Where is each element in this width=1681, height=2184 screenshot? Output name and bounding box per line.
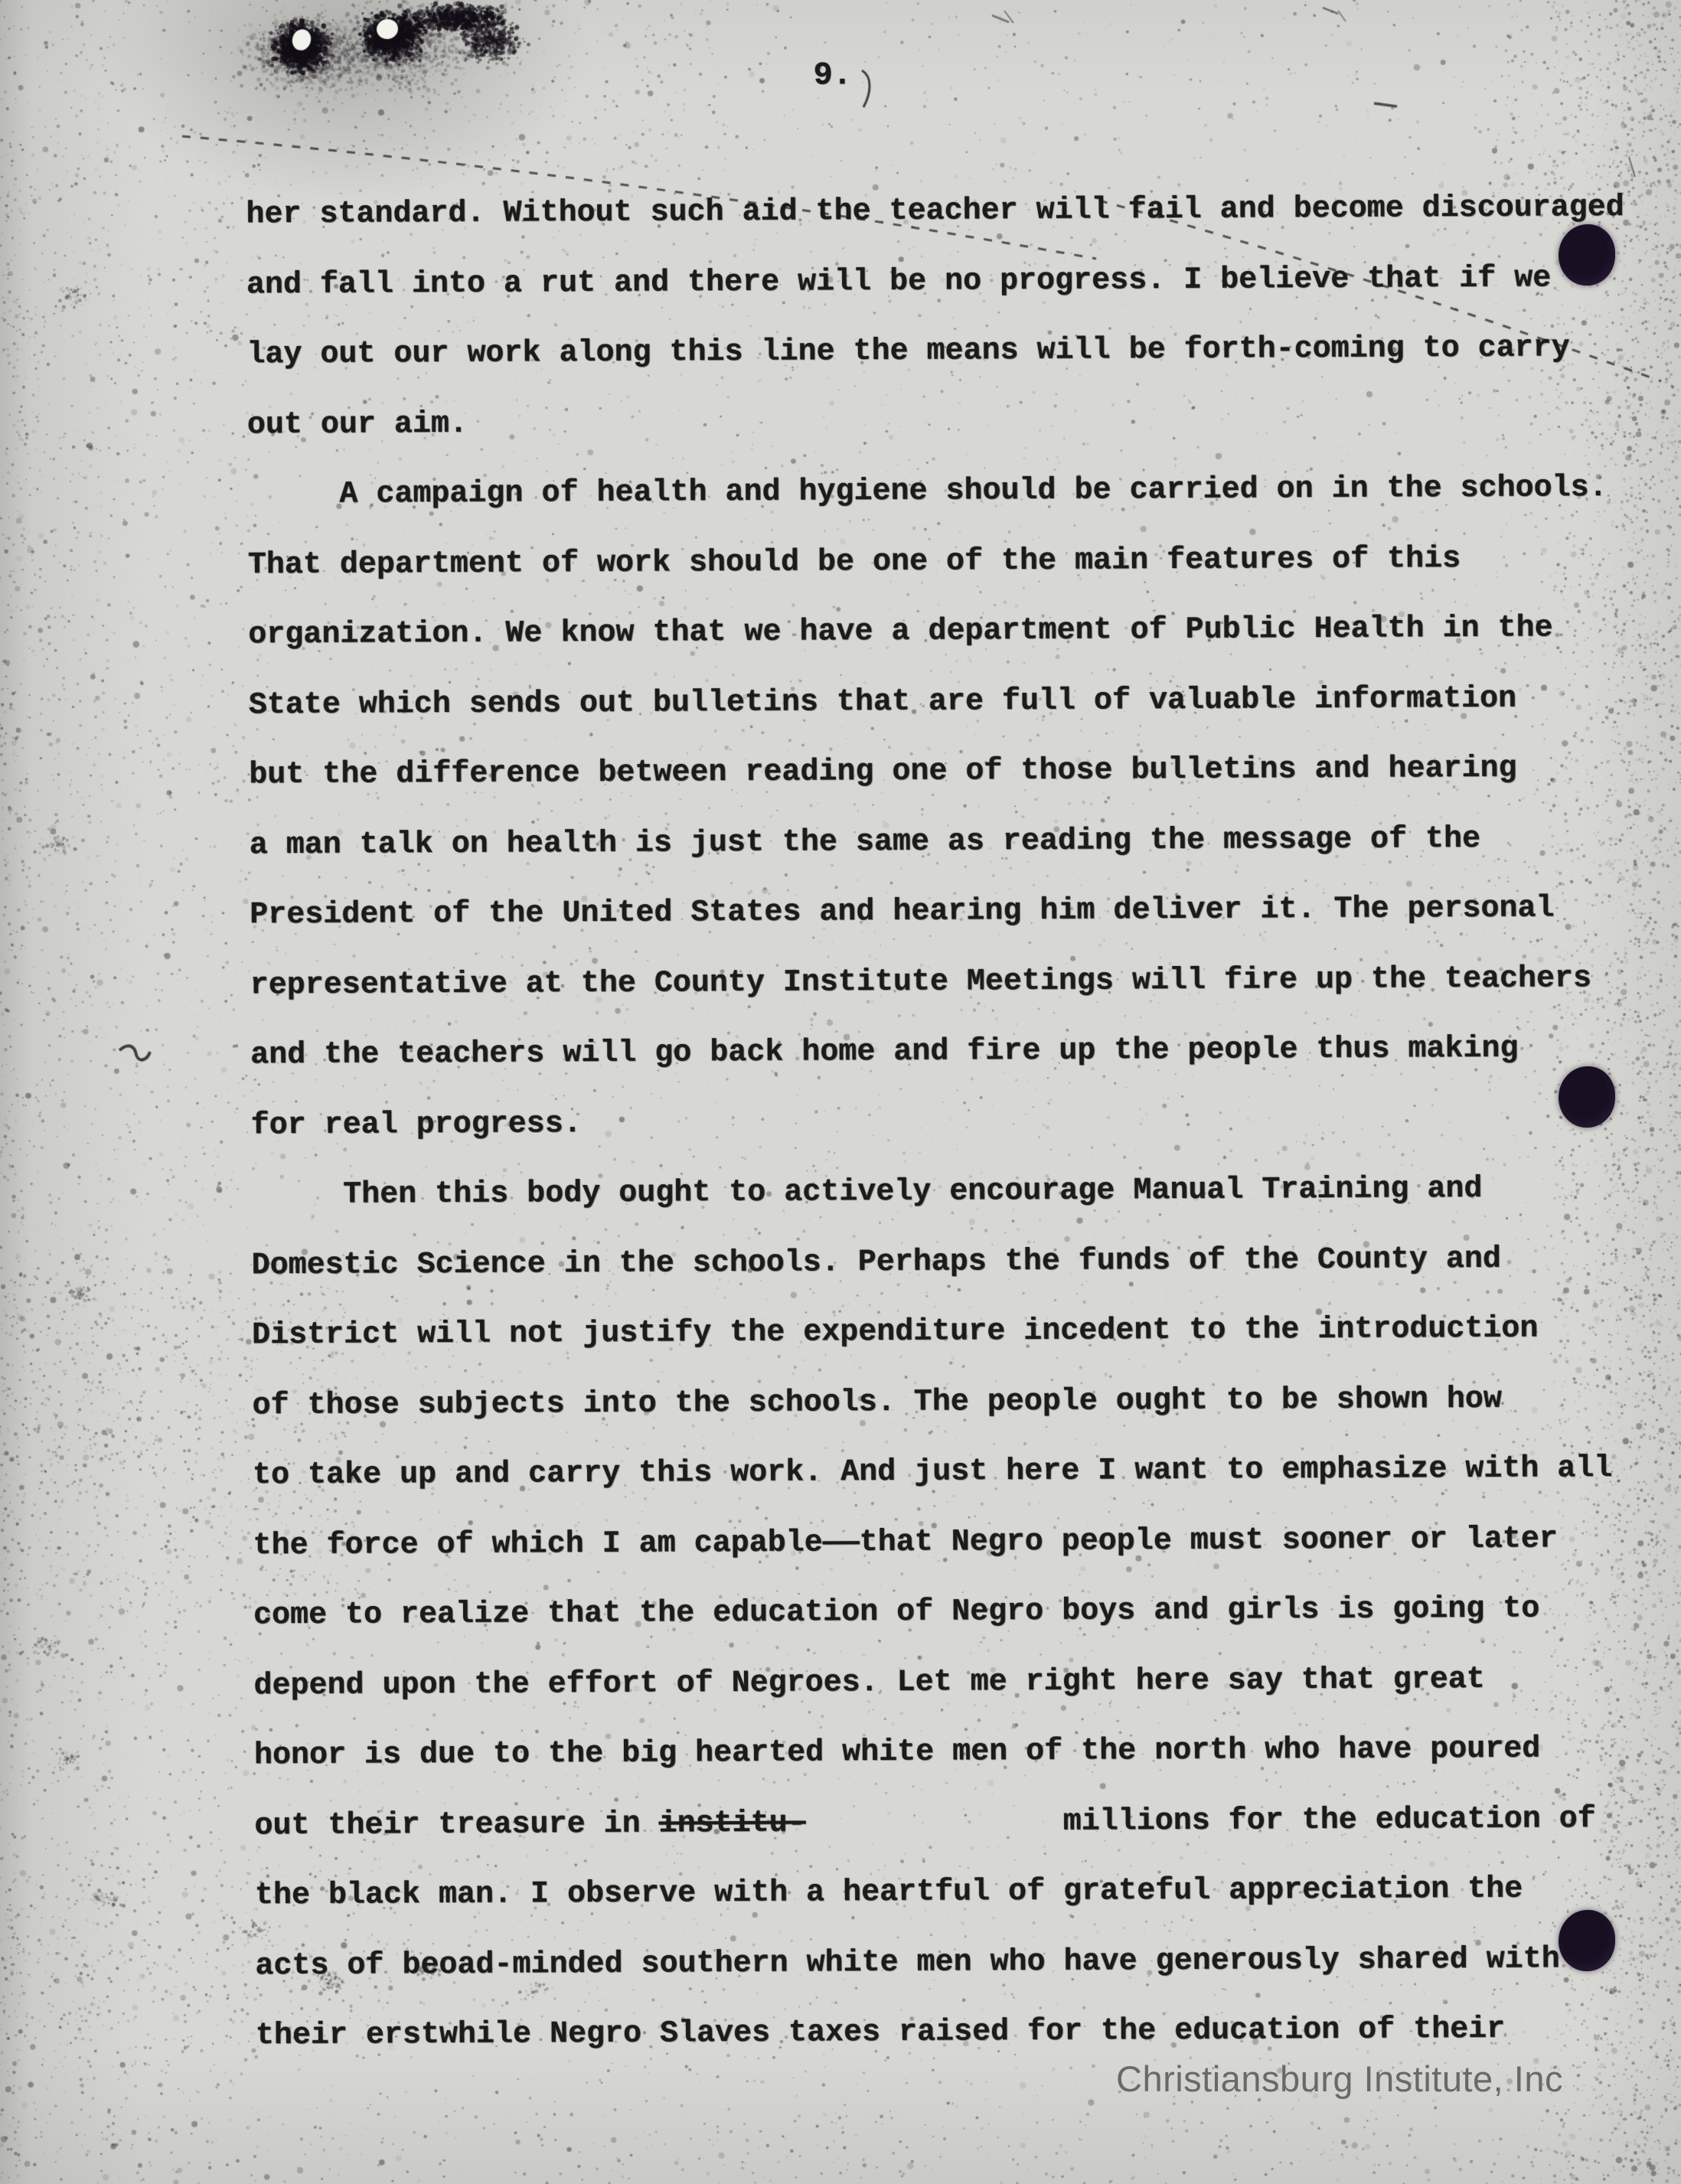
typed-text: millions for the education of [1063,1802,1596,1840]
typed-text: lay out our work along this line the mea… [246,331,1569,372]
typed-text: State which sends out bulletins that are… [249,681,1516,723]
typed-text: President of the United States and heari… [250,891,1554,932]
typed-text: of those subjects into the schools. The … [253,1382,1502,1423]
typewritten-line: organization. We know that we have a dep… [248,593,1641,671]
typewritten-line: Domestic Science in the schools. Perhaps… [251,1223,1644,1301]
watermark: Christiansburg Institute, Inc [1116,2058,1563,2100]
typed-text: acts of beoad-minded southern white men … [255,1942,1559,1983]
typewritten-line: but the difference between reading one o… [249,733,1642,811]
typewritten-line: acts of beoad-minded southern white men … [255,1924,1648,2001]
typewritten-line: her standard. Without such aid the teach… [246,173,1639,250]
typewritten-line: out their treasure in institu- millions … [254,1784,1647,1861]
typewritten-line: and the teachers will go back home and f… [250,1014,1643,1091]
typewritten-line: A campaign of health and hygiene should … [247,453,1640,530]
typewritten-line: lay out our work along this line the mea… [246,313,1640,390]
typed-text: a man talk on health is just the same as… [250,821,1480,862]
typewritten-line: the black man. I observe with a heartful… [255,1854,1648,1931]
typewritten-line: That department of work should be one of… [248,523,1641,600]
typewritten-line: depend upon the effort of Negroes. Let m… [253,1644,1647,1721]
typed-text: Then this body ought to actively encoura… [251,1172,1482,1213]
typed-text: representative at the County Institute M… [250,961,1592,1003]
typed-text: and fall into a rut and there will be no… [246,261,1551,302]
typed-text: A campaign of health and hygiene should … [247,471,1608,512]
typewritten-line: Then this body ought to actively encoura… [251,1154,1644,1231]
typed-text: out our aim. [247,406,468,442]
typed-text: the black man. I observe with a heartful… [255,1872,1523,1914]
typewritten-line: District will not justify the expenditur… [252,1294,1645,1371]
typewritten-line: for real progress. [250,1083,1643,1161]
typed-text: come to realize that the education of Ne… [253,1591,1539,1633]
typewritten-line: representative at the County Institute M… [250,943,1643,1020]
typed-text: Domestic Science in the schools. Perhaps… [252,1242,1501,1283]
typed-text: out their treasure in [254,1807,658,1843]
punch-hole [1559,1910,1615,1971]
struck-text: institu- [658,1806,805,1841]
typewritten-line: the force of which I am capable——that Ne… [253,1503,1646,1581]
typed-text: That department of work should be one of… [248,542,1461,583]
typewritten-text: her standard. Without such aid the teach… [246,173,1649,2071]
typed-text [805,1804,1062,1840]
typewritten-line: a man talk on health is just the same as… [250,803,1643,880]
punch-hole [1559,1066,1615,1128]
page-number: 9. [813,57,852,93]
typed-text: and the teachers will go back home and f… [250,1032,1518,1073]
typewritten-line: President of the United States and heari… [250,873,1643,951]
typewritten-line: to take up and carry this work. And just… [253,1434,1646,1511]
typewritten-line: and fall into a rut and there will be no… [246,243,1640,320]
typewritten-line: honor is due to the big hearted white me… [254,1714,1647,1791]
typewritten-line: come to realize that the education of Ne… [253,1574,1647,1651]
typewritten-line: State which sends out bulletins that are… [249,663,1642,740]
typed-text: the force of which I am capable——that Ne… [253,1522,1557,1563]
typed-text: but the difference between reading one o… [249,752,1516,793]
typed-content-layer: 9. her standard. Without such aid the te… [0,0,1681,2184]
typed-text: honor is due to the big hearted white me… [254,1732,1540,1773]
punch-hole [1559,224,1615,286]
typed-text: depend upon the effort of Negroes. Let m… [253,1662,1484,1702]
typewritten-line: out our aim. [247,383,1640,460]
typed-text: organization. We know that we have a dep… [248,611,1552,652]
typed-text: to take up and carry this work. And just… [253,1451,1613,1493]
scanned-document-page: 9. her standard. Without such aid the te… [0,0,1681,2184]
typed-text: District will not justify the expenditur… [252,1312,1538,1353]
typed-text: for real progress. [251,1107,582,1143]
typed-text: their erstwhile Negro Slaves taxes raise… [256,2013,1505,2054]
typewritten-line: of those subjects into the schools. The … [252,1363,1645,1441]
typed-text: her standard. Without such aid the teach… [246,191,1624,232]
